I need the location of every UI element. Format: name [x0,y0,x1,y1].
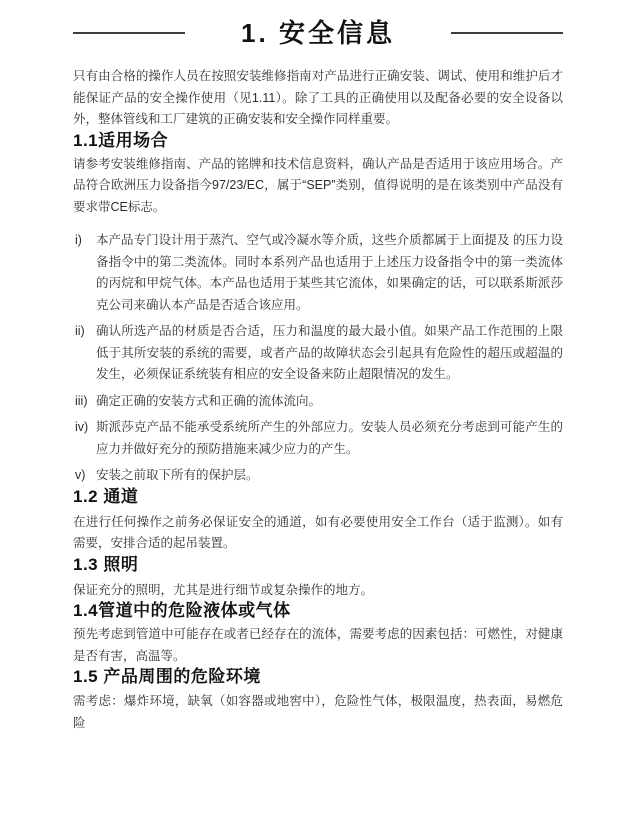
list-item-iv: iv) 斯派莎克产品不能承受系统所产生的外部应力。安装人员必须充分考虑到可能产生… [73,417,563,460]
list-marker-iv: iv) [75,417,88,439]
list-item-iii: iii) 确定正确的安装方式和正确的流体流向。 [73,391,563,413]
list-marker-v: v) [75,465,85,487]
list-item-ii: ii) 确认所选产品的材质是否合适，压力和温度的最大最小值。如果产品工作范围的上… [73,321,563,386]
document-page: 1. 安全信息 只有由合格的操作人员在按照安装维修指南对产品进行正确安装、调试、… [0,0,636,824]
list-item-v-text: 安装之前取下所有的保护层。 [96,465,563,487]
section-heading-1-1: 1.1适用场合 [73,131,563,151]
list-item-iii-text: 确定正确的安装方式和正确的流体流向。 [96,391,563,413]
title-rule-left [73,32,185,34]
safety-checklist: i) 本产品专门设计用于蒸汽、空气或冷凝水等介质，这些介质都属于上面提及 的压力… [73,230,563,487]
section-heading-1-2: 1.2 通道 [73,487,563,507]
list-marker-iii: iii) [75,391,88,413]
list-item-i: i) 本产品专门设计用于蒸汽、空气或冷凝水等介质，这些介质都属于上面提及 的压力… [73,230,563,316]
section-1-1-paragraph: 请参考安装维修指南、产品的铭牌和技术信息资料，确认产品是否适用于该应用场合。产品… [73,154,563,219]
list-item-i-text: 本产品专门设计用于蒸汽、空气或冷凝水等介质，这些介质都属于上面提及 的压力设备指… [96,230,563,316]
section-lighting: 1.3 照明 保证充分的照明，尤其是进行细节或复杂操作的地方。 [73,555,563,602]
list-item-v: v) 安装之前取下所有的保护层。 [73,465,563,487]
document-title-row: 1. 安全信息 [73,16,563,50]
section-hazardous-environment: 1.5 产品周围的危险环境 需考虑：爆炸环境，缺氧（如容器或地窖中），危险性气体… [73,667,563,734]
title-rule-right [451,32,563,34]
page-title: 1. 安全信息 [241,17,395,49]
section-1-3-paragraph: 保证充分的照明，尤其是进行细节或复杂操作的地方。 [73,580,563,602]
list-item-iv-text: 斯派莎克产品不能承受系统所产生的外部应力。安装人员必须充分考虑到可能产生的应力并… [96,417,563,460]
intro-paragraph: 只有由合格的操作人员在按照安装维修指南对产品进行正确安装、调试、使用和维护后才能… [73,66,563,131]
section-access: 1.2 通道 在进行任何操作之前务必保证安全的通道，如有必要使用安全工作台（适于… [73,487,563,555]
section-heading-1-4: 1.4管道中的危险液体或气体 [73,601,563,621]
section-heading-1-3: 1.3 照明 [73,555,563,575]
list-marker-ii: ii) [75,321,85,343]
section-applicable-occasions: 1.1适用场合 请参考安装维修指南、产品的铭牌和技术信息资料，确认产品是否适用于… [73,131,563,487]
section-hazardous-liquids-gases: 1.4管道中的危险液体或气体 预先考虑到管道中可能存在或者已经存在的流体，需要考… [73,601,563,667]
list-marker-i: i) [75,230,82,252]
list-item-ii-text: 确认所选产品的材质是否合适，压力和温度的最大最小值。如果产品工作范围的上限低于其… [96,321,563,386]
section-1-5-paragraph: 需考虑：爆炸环境，缺氧（如容器或地窖中），危险性气体，极限温度，热表面，易燃危险 [73,691,563,734]
section-1-4-paragraph: 预先考虑到管道中可能存在或者已经存在的流体，需要考虑的因素包括：可燃性，对健康是… [73,624,563,667]
section-heading-1-5: 1.5 产品周围的危险环境 [73,667,563,687]
section-1-2-paragraph: 在进行任何操作之前务必保证安全的通道，如有必要使用安全工作台（适于监测）。如有需… [73,512,563,555]
